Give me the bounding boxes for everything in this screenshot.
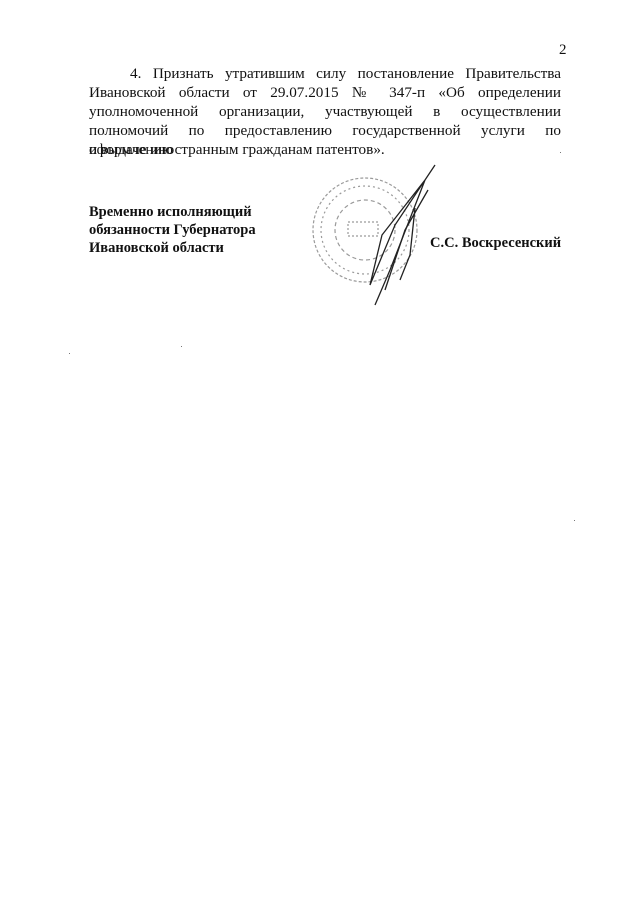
- signatory-name: С.С. Воскресенский: [430, 235, 561, 252]
- scan-speck: [560, 152, 561, 153]
- scan-speck: [181, 346, 182, 347]
- paragraph-line: и выдаче иностранным гражданам патентов»…: [89, 140, 561, 159]
- paragraph-line: полномочий по предоставлению государстве…: [89, 121, 561, 140]
- page-number: 2: [559, 42, 567, 59]
- scan-speck: [574, 520, 575, 521]
- handwritten-signature-icon: [370, 165, 435, 305]
- position-line: обязанности Губернатора: [89, 221, 256, 239]
- signatory-position: Временно исполняющий обязанности Губерна…: [89, 203, 256, 257]
- paragraph-line: Ивановской области от 29.07.2015 № 347-п…: [89, 83, 561, 102]
- position-line: Временно исполняющий: [89, 203, 256, 221]
- scan-speck: [69, 353, 70, 354]
- paragraph-line: уполномоченной организации, участвующей …: [89, 102, 561, 121]
- official-seal-stamp-icon: [310, 160, 450, 310]
- paragraph-line: 4. Признать утратившим силу постановлени…: [89, 64, 561, 83]
- position-line: Ивановской области: [89, 239, 256, 257]
- paragraph-item-4: 4. Признать утратившим силу постановлени…: [89, 64, 561, 159]
